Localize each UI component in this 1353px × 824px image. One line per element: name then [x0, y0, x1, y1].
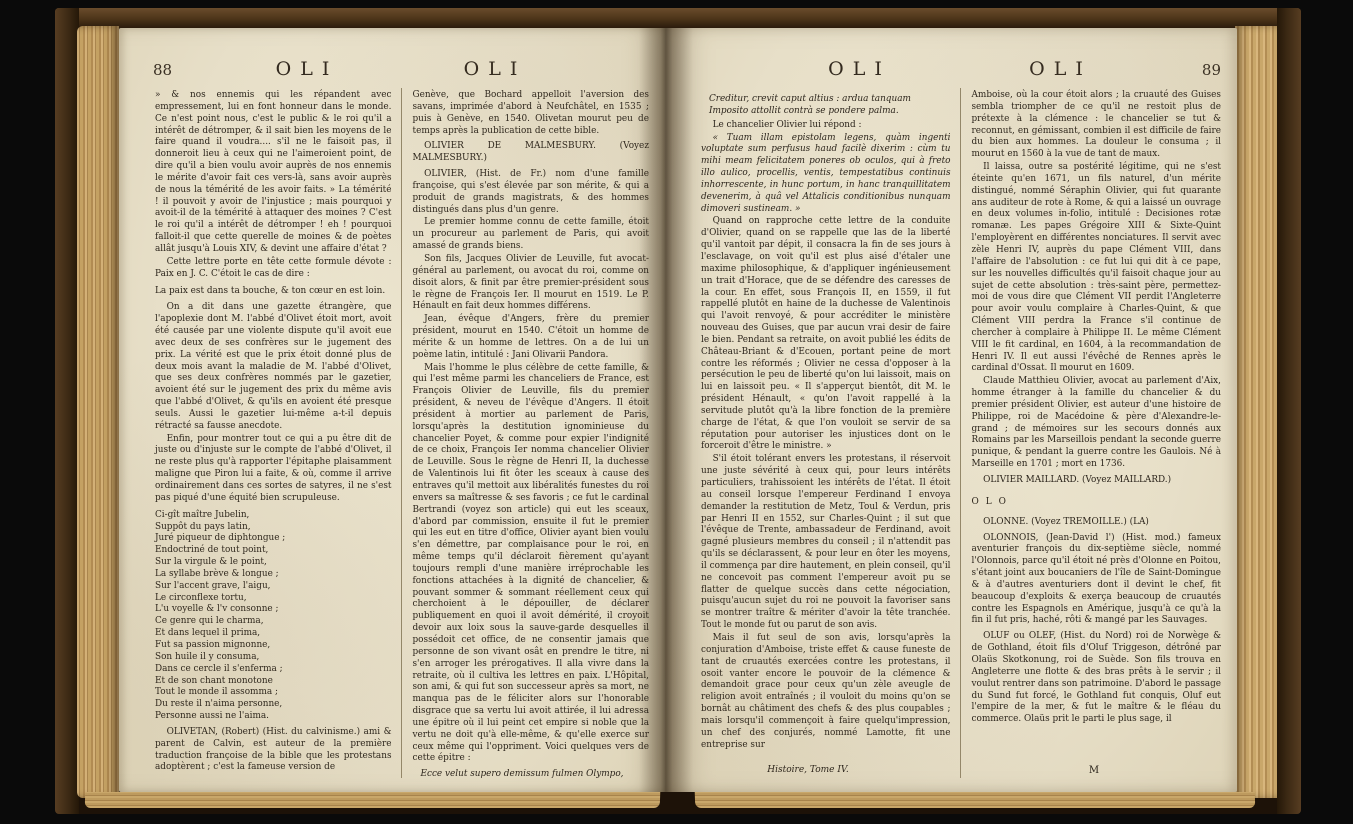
page-fore-edge-right — [1235, 26, 1277, 798]
left-page: 88 OLI OLI » & nos ennemis qui les répan… — [119, 28, 665, 792]
right-page-columns: Creditur, crevit caput altius : ardua ta… — [699, 88, 1221, 778]
text-column-3: Creditur, crevit caput altius : ardua ta… — [699, 88, 960, 778]
photograph-of-open-book: 88 OLI OLI » & nos ennemis qui les répan… — [0, 0, 1353, 824]
paragraph: Le premier homme connu de cette famille,… — [413, 217, 650, 253]
page-bottom-edge-left — [85, 792, 661, 808]
paragraph: « Tuam illam epistolam legens, quàm inge… — [701, 133, 951, 216]
paragraph: OLIVIER MAILLARD. (Voyez MAILLARD.) — [972, 475, 1222, 487]
paragraph: Amboise, où la cour étoit alors ; la cru… — [972, 90, 1222, 161]
running-head: OLI — [759, 58, 960, 80]
paragraph: Claude Matthieu Olivier, avocat au parle… — [972, 376, 1222, 471]
paragraph: OLONNE. (Voyez TREMOILLE.) (LA) — [972, 517, 1222, 529]
paragraph: OLUF ou OLEF, (Hist. du Nord) roi de Nor… — [972, 631, 1222, 726]
text-column-4: Amboise, où la cour étoit alors ; la cru… — [960, 88, 1222, 778]
book-cover-top-edge — [55, 8, 1301, 28]
page-number-left: 88 — [153, 61, 213, 79]
right-page-footer: Histoire, Tome IV. M — [665, 765, 1237, 776]
page-bottom-edge-right — [695, 792, 1256, 808]
paragraph: La paix est dans ta bouche, & ton cœur e… — [155, 286, 392, 298]
section-heading: OLO — [972, 497, 1222, 509]
signature-mark: M — [951, 765, 1237, 776]
paragraph: Son fils, Jacques Olivier de Leuville, f… — [413, 254, 650, 313]
book-cover-edge-right — [1277, 8, 1301, 814]
paragraph: Ecce velut supero demissum fulmen Olympo… — [421, 769, 650, 778]
paragraph: OLIVETAN, (Robert) (Hist. du calvinisme.… — [155, 727, 392, 774]
page-fore-edge-left — [77, 26, 119, 798]
running-head: OLI — [960, 58, 1161, 80]
right-page: OLI OLI 89 Creditur, crevit caput altius… — [665, 28, 1237, 792]
book-cover-edge-left — [55, 8, 79, 814]
paragraph: Ci-gît maître Jubelin, Suppôt du pays la… — [155, 510, 392, 723]
paragraph: Cette lettre porte en tête cette formule… — [155, 257, 392, 281]
paragraph: Jean, évêque d'Angers, frère du premier … — [413, 314, 650, 361]
page-number-right: 89 — [1161, 61, 1221, 79]
right-page-header: OLI OLI 89 — [699, 58, 1221, 88]
paragraph: Mais il fut seul de son avis, lorsqu'apr… — [701, 633, 951, 751]
paragraph: Le chancelier Olivier lui répond : — [701, 120, 951, 132]
paragraph: » & nos ennemis qui les répandent avec e… — [155, 90, 392, 256]
running-head: OLI — [401, 58, 589, 80]
paragraph: Creditur, crevit caput altius : ardua ta… — [709, 94, 951, 118]
paragraph: OLONNOIS, (Jean-David l') (Hist. mod.) f… — [972, 533, 1222, 628]
paragraph: Genève, que Bochard appelloit l'aversion… — [413, 90, 650, 137]
paragraph: Mais l'homme le plus célèbre de cette fa… — [413, 363, 650, 766]
book: 88 OLI OLI » & nos ennemis qui les répan… — [55, 8, 1301, 814]
left-page-columns: » & nos ennemis qui les répandent avec e… — [153, 88, 649, 778]
paragraph: Il laissa, outre sa postérité légitime, … — [972, 162, 1222, 375]
text-column-2: Genève, que Bochard appelloit l'aversion… — [401, 88, 650, 778]
paragraph: OLIVIER DE MALMESBURY. (Voyez MALMESBURY… — [413, 141, 650, 165]
paragraph: OLIVIER, (Hist. de Fr.) nom d'une famill… — [413, 169, 650, 216]
paragraph: Quand on rapproche cette lettre de la co… — [701, 216, 951, 453]
text-column-1: » & nos ennemis qui les répandent avec e… — [153, 88, 401, 778]
paragraph: Enfin, pour montrer tout ce qui a pu êtr… — [155, 434, 392, 505]
footer-imprint: Histoire, Tome IV. — [665, 765, 951, 776]
paragraph: On a dit dans une gazette étrangère, que… — [155, 302, 392, 432]
paragraph: S'il étoit tolérant envers les protestan… — [701, 454, 951, 632]
running-head: OLI — [213, 58, 401, 80]
left-page-header: 88 OLI OLI — [153, 58, 649, 88]
